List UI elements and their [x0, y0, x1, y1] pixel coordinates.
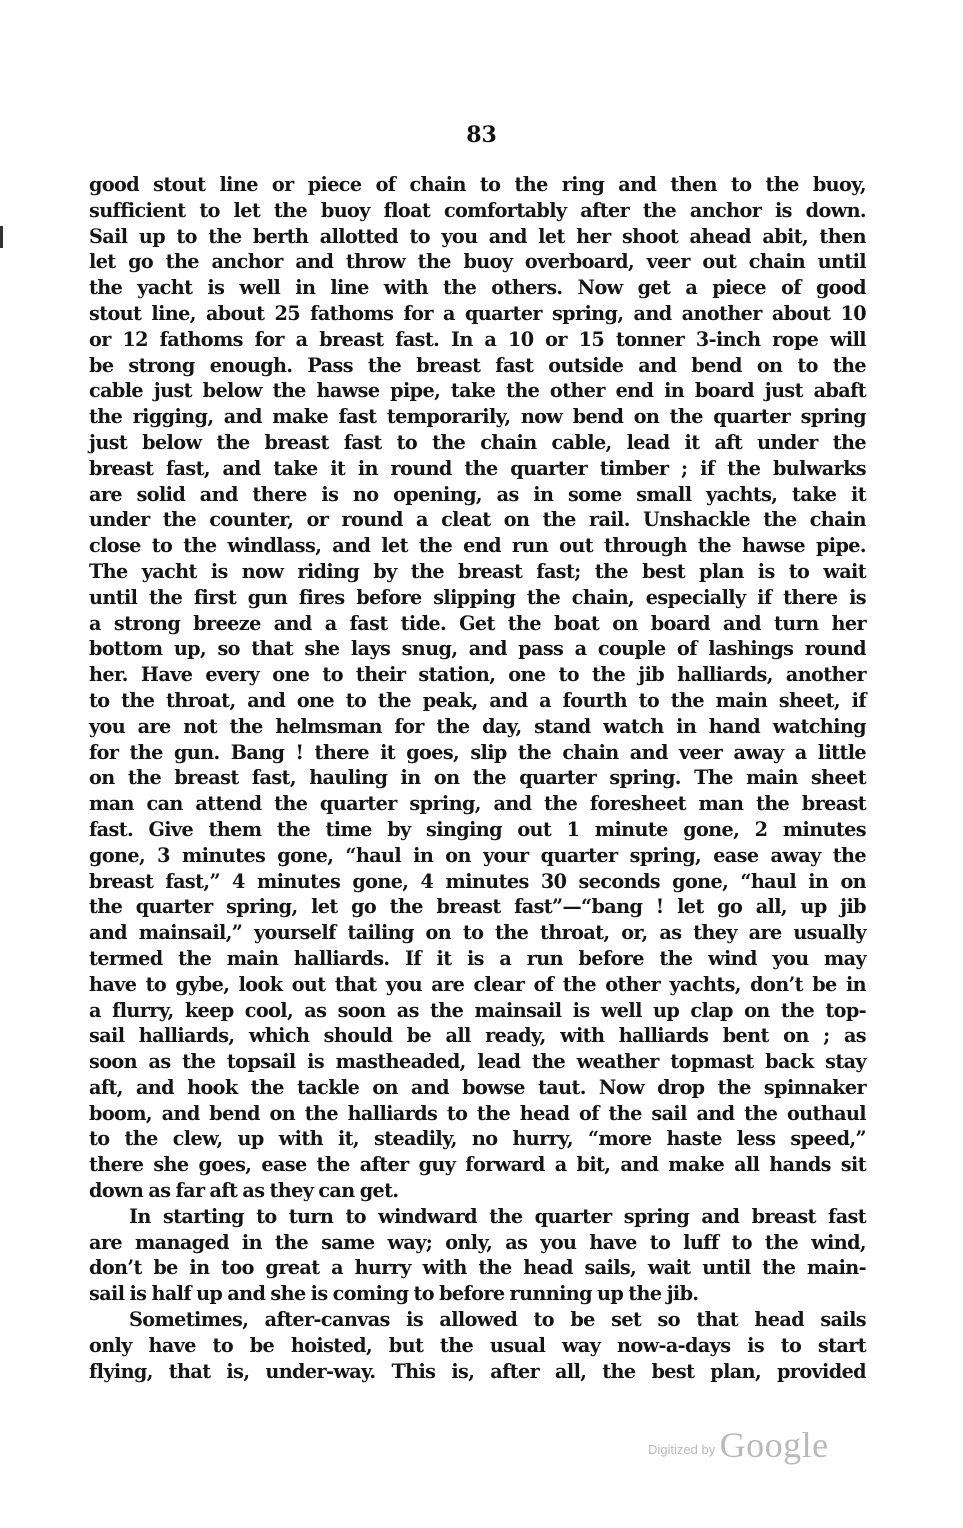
text-line: fast. Give them the time by singing out … [89, 817, 866, 843]
google-logo-text: Google [720, 1425, 829, 1465]
paragraph-start-line: In starting to turn to windward the quar… [89, 1204, 866, 1230]
text-line: aft, and hook the tackle on and bowse ta… [89, 1075, 866, 1101]
text-line: bottom up, so that she lays snug, and pa… [89, 636, 866, 662]
text-line: be strong enough. Pass the breast fast o… [89, 353, 866, 379]
text-line: cable just below the hawse pipe, take th… [89, 378, 866, 404]
text-line: good stout line or piece of chain to the… [89, 172, 866, 198]
text-line: The yacht is now riding by the breast fa… [89, 559, 866, 585]
text-line: breast fast, and take it in round the qu… [89, 456, 866, 482]
text-line: to the throat, and one to the peak, and … [89, 688, 866, 714]
text-line: on the breast fast, hauling in on the qu… [89, 765, 866, 791]
text-line: close to the windlass, and let the end r… [89, 533, 866, 559]
watermark-prefix: Digitized by [648, 1442, 715, 1457]
text-line: man can attend the quarter spring, and t… [89, 791, 866, 817]
text-line: a strong breeze and a fast tide. Get the… [89, 611, 866, 637]
text-line: down as far aft as they can get. [89, 1178, 866, 1204]
text-line: just below the breast fast to the chain … [89, 430, 866, 456]
text-line: the quarter spring, let go the breast fa… [89, 894, 866, 920]
text-line: and mainsail,” yourself tailing on to th… [89, 920, 866, 946]
text-line: a flurry, keep cool, as soon as the main… [89, 998, 866, 1024]
text-line: breast fast,” 4 minutes gone, 4 minutes … [89, 869, 866, 895]
text-line: are managed in the same way; only, as yo… [89, 1230, 866, 1256]
scan-edge-mark [0, 226, 3, 248]
text-line: flying, that is, under-way. This is, aft… [89, 1359, 866, 1385]
text-line: under the counter, or round a cleat on t… [89, 507, 866, 533]
text-line: stout line, about 25 fathoms for a quart… [89, 301, 866, 327]
text-line: only have to be hoisted, but the usual w… [89, 1333, 866, 1359]
book-page: 83 good stout line or piece of chain to … [0, 0, 963, 1528]
text-line: sail is half up and she is coming to bef… [89, 1281, 866, 1307]
paragraph-start-line: Sometimes, after-canvas is allowed to be… [89, 1307, 866, 1333]
text-line: or 12 fathoms for a breast fast. In a 10… [89, 327, 866, 353]
text-line: her. Have every one to their station, on… [89, 662, 866, 688]
text-line: are solid and there is no opening, as in… [89, 482, 866, 508]
text-line: termed the main halliards. If it is a ru… [89, 946, 866, 972]
text-line: let go the anchor and throw the buoy ove… [89, 249, 866, 275]
page-number: 83 [0, 122, 963, 148]
body-text: good stout line or piece of chain to the… [89, 172, 866, 1384]
text-line: for the gun. Bang ! there it goes, slip … [89, 740, 866, 766]
text-line: you are not the helmsman for the day, st… [89, 714, 866, 740]
text-line: gone, 3 minutes gone, “haul in on your q… [89, 843, 866, 869]
text-line: have to gybe, look out that you are clea… [89, 972, 866, 998]
text-line: there she goes, ease the after guy forwa… [89, 1152, 866, 1178]
text-line: the yacht is well in line with the other… [89, 275, 866, 301]
text-line: boom, and bend on the halliards to the h… [89, 1101, 866, 1127]
text-line: soon as the topsail is mastheaded, lead … [89, 1049, 866, 1075]
text-line: the rigging, and make fast temporarily, … [89, 404, 866, 430]
text-line: until the first gun fires before slippin… [89, 585, 866, 611]
text-line: don’t be in too great a hurry with the h… [89, 1255, 866, 1281]
text-line: sufficient to let the buoy float comfort… [89, 198, 866, 224]
digitized-by-google-watermark: Digitized by Google [648, 1424, 829, 1466]
text-line: to the clew, up with it, steadily, no hu… [89, 1126, 866, 1152]
text-line: Sail up to the berth allotted to you and… [89, 224, 866, 250]
text-line: sail halliards, which should be all read… [89, 1023, 866, 1049]
